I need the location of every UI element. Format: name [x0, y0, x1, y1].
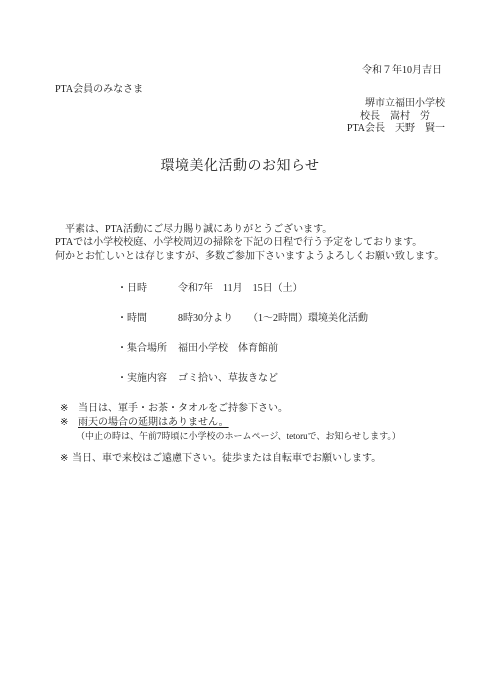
detail-value: ゴミ拾い、草抜きなど	[178, 372, 278, 385]
detail-label: ・時間	[117, 312, 178, 325]
details-list: ・日時 令和7年 11月 15日（土） ・時間 8時30分より （1～2時間）環…	[0, 263, 480, 385]
detail-row-datetime: ・日時 令和7年 11月 15日（土）	[117, 282, 480, 295]
note-row-no-car: ※ 当日、車で来校はご遠慮下さい。徒歩または自転車でお願いします。	[0, 452, 480, 466]
body-line-2: PTAでは小学校校庭、小学校周辺の掃除を下記の日程で行う予定をしております。	[55, 236, 450, 250]
spacer	[0, 443, 480, 452]
notice-document-page: 令和７年10月吉日 PTA会員のみなさま 堺市立福田小学校 校長 嵩村 労 PT…	[0, 0, 480, 679]
note-text-underlined: 雨天の場合の延期はありません。	[78, 416, 229, 430]
sender-principal: 校長 嵩村 労	[0, 111, 445, 124]
detail-row-activity: ・実施内容 ゴミ拾い、草抜きなど	[117, 372, 480, 385]
body-line-3: 何かとお忙しいとは存じますが、多数ご参加下さいますようよろしくお願い致します。	[55, 250, 450, 264]
detail-label: ・日時	[117, 282, 178, 295]
note-subtext-cancellation: （中止の時は、午前7時頃に小学校のホームページ、tetoruで、お知らせします。…	[0, 430, 480, 443]
notes-section: ※ 当日は、軍手・お茶・タオルをご持参下さい。 ※ 雨天の場合の延期はありません…	[0, 402, 480, 466]
detail-value: 令和7年 11月 15日（土）	[178, 282, 303, 295]
detail-value: 8時30分より （1～2時間）環境美化活動	[178, 312, 368, 325]
body-line-1: 平素は、PTA活動にご尽力賜り誠にありがとうございます。	[55, 223, 450, 237]
page-title: 環境美化活動のお知らせ	[0, 158, 480, 176]
detail-row-time: ・時間 8時30分より （1～2時間）環境美化活動	[117, 312, 480, 325]
note-text: 当日、車で来校はご遠慮下さい。徒歩または自転車でお願いします。	[72, 452, 381, 466]
detail-label: ・実施内容	[117, 372, 178, 385]
note-text: 当日は、軍手・お茶・タオルをご持参下さい。	[78, 402, 288, 416]
detail-value: 福田小学校 体育館前	[178, 342, 278, 355]
note-marker: ※	[60, 452, 72, 466]
sender-block: 堺市立福田小学校 校長 嵩村 労 PTA会長 天野 賢一	[0, 96, 480, 136]
note-marker: ※	[60, 402, 78, 416]
note-row-rain: ※ 雨天の場合の延期はありません。	[0, 416, 480, 430]
detail-label: ・集合場所	[117, 342, 178, 355]
detail-row-meeting-place: ・集合場所 福田小学校 体育館前	[117, 342, 480, 355]
sender-pta-chair: PTA会長 天野 賢一	[0, 123, 445, 136]
date-line: 令和７年10月吉日	[0, 0, 480, 77]
note-row-items: ※ 当日は、軍手・お茶・タオルをご持参下さい。	[0, 402, 480, 416]
body-paragraph: 平素は、PTA活動にご尽力賜り誠にありがとうございます。 PTAでは小学校校庭、…	[0, 176, 480, 264]
note-marker: ※	[60, 416, 78, 430]
sender-school: 堺市立福田小学校	[0, 98, 445, 111]
addressee: PTA会員のみなさま	[0, 77, 480, 96]
